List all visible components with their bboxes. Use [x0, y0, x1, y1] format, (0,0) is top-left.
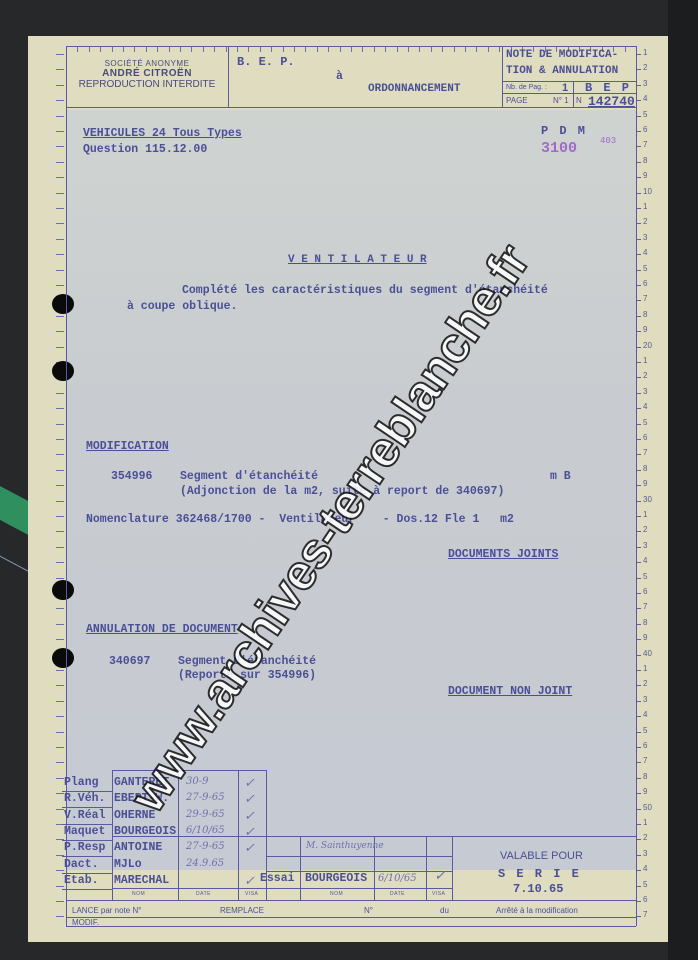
signature-role: V.Réal [64, 809, 105, 822]
signature-visa: ✓ [244, 776, 255, 791]
essai-col-label-date: DATE [390, 891, 405, 897]
doc-type-line1: NOTE DE MODIFICA- [506, 49, 618, 61]
col-label-visa: VISA [245, 891, 258, 897]
ruler-number: 3 [643, 233, 647, 242]
signature-date: 24.9.65 [186, 858, 224, 869]
modification-part-code: m B [550, 470, 571, 483]
signature-visa: ✓ [244, 809, 255, 824]
ruler-number: 8 [643, 310, 647, 319]
signature-visa: ✓ [244, 874, 255, 889]
essai-handwritten-note: M. Sainthuyenne [306, 841, 384, 851]
validity-label: VALABLE POUR [500, 850, 583, 862]
pdm-label: P D M [541, 124, 587, 138]
ruler-number: 2 [643, 679, 647, 688]
signature-name: MARECHAL [114, 874, 169, 887]
pdm-stamp: 3100 [541, 140, 577, 157]
page-label: PAGE [506, 96, 528, 105]
ruler-number: 6 [643, 895, 647, 904]
signature-date: 29-9-65 [186, 809, 225, 820]
ruler-number: 3 [643, 849, 647, 858]
validity-serie: S E R I E [498, 867, 581, 881]
ruler-number: 5 [643, 418, 647, 427]
doc-type-line2: TION & ANNULATION [506, 65, 618, 77]
essai-visa: ✓ [434, 868, 446, 884]
company-name: ANDRÉ CITROËN [66, 68, 228, 79]
punch-hole [52, 580, 74, 600]
ruler-number: 1 [643, 664, 647, 673]
ruler-number: 4 [643, 94, 647, 103]
annulation-part-no: 340697 [109, 655, 150, 668]
ruler-number: 1 [643, 202, 647, 211]
to-department: ORDONNANCEMENT [368, 83, 460, 95]
ruler-number: 2 [643, 371, 647, 380]
right-ruler: 1234567891012345678920123456789301234567… [636, 46, 656, 926]
documents-joints: DOCUMENTS JOINTS [448, 548, 558, 561]
ruler-number: 8 [643, 156, 647, 165]
ruler-number: 7 [643, 756, 647, 765]
ruler-number: 8 [643, 618, 647, 627]
description-line2: à coupe oblique. [127, 300, 237, 313]
ruler-number: 7 [643, 140, 647, 149]
ruler-number: 5 [643, 726, 647, 735]
nb-pages-label: Nb. de Pag. : [506, 84, 547, 91]
ruler-number: 3 [643, 387, 647, 396]
essai-col-label-nom: NOM [330, 891, 343, 897]
ruler-number: 4 [643, 556, 647, 565]
annulation-heading: ANNULATION DE DOCUMENT [86, 623, 238, 636]
ruler-number: 1 [643, 356, 647, 365]
signature-visa: ✓ [244, 792, 255, 807]
ruler-number: 4 [643, 864, 647, 873]
page-number: N° 1 [553, 96, 569, 105]
ruler-number: 30 [643, 495, 652, 504]
ruler-number: 3 [643, 695, 647, 704]
punch-hole [52, 294, 74, 314]
ruler-number: 9 [643, 787, 647, 796]
col-label-date: DATE [196, 891, 211, 897]
essai-col-label-visa: VISA [432, 891, 445, 897]
ruler-number: 7 [643, 602, 647, 611]
number-label: N [576, 96, 582, 105]
vehicles-title: VEHICULES 24 Tous Types [83, 127, 242, 140]
signature-role: Etab. [64, 874, 99, 887]
service-code: B E P [585, 81, 631, 95]
ruler-number: 5 [643, 880, 647, 889]
ruler-number: 6 [643, 125, 647, 134]
ruler-number: 6 [643, 279, 647, 288]
footer-du: du [440, 906, 449, 915]
document-non-joint: DOCUMENT NON JOINT [448, 685, 572, 698]
ruler-number: 7 [643, 910, 647, 919]
ruler-number: 4 [643, 710, 647, 719]
signature-date: 6/10/65 [186, 825, 225, 836]
ruler-number: 1 [643, 510, 647, 519]
col-label-nom: NOM [132, 891, 145, 897]
question-number: Question 115.12.00 [83, 143, 207, 156]
ruler-number: 5 [643, 572, 647, 581]
footer-remplace: REMPLACE [220, 906, 264, 915]
footer-no: N° [364, 906, 373, 915]
ruler-number: 4 [643, 402, 647, 411]
ruler-number: 50 [643, 803, 652, 812]
signature-date: 27-9-65 [186, 792, 225, 803]
ruler-number: 6 [643, 741, 647, 750]
ruler-number: 8 [643, 464, 647, 473]
nb-pages-value: 1 [562, 82, 568, 94]
pdm-code: 403 [600, 136, 616, 146]
ruler-number: 9 [643, 633, 647, 642]
footer-arrete: Arrêté à la modification [496, 906, 578, 915]
ruler-number: 2 [643, 833, 647, 842]
signature-name: ANTOINE [114, 841, 162, 854]
signature-role: Plang [64, 776, 99, 789]
signature-role: Maquet [64, 825, 105, 838]
signature-visa: ✓ [244, 825, 255, 840]
ruler-number: 5 [643, 264, 647, 273]
punch-hole [52, 648, 74, 668]
ruler-number: 7 [643, 448, 647, 457]
reproduction-notice: REPRODUCTION INTERDITE [66, 79, 228, 90]
signature-visa: ✓ [244, 841, 255, 856]
ruler-number: 1 [643, 48, 647, 57]
from-department: B. E. P. [237, 55, 295, 69]
ruler-number: 2 [643, 63, 647, 72]
modification-part-name: Segment d'étanchéité [180, 470, 318, 483]
ruler-number: 6 [643, 433, 647, 442]
modification-part-no: 354996 [111, 470, 152, 483]
ruler-number: 20 [643, 341, 652, 350]
ruler-number: 9 [643, 171, 647, 180]
signature-role: Dact. [64, 858, 99, 871]
ruler-number: 2 [643, 217, 647, 226]
ruler-number: 6 [643, 587, 647, 596]
punch-hole [52, 361, 74, 381]
ruler-number: 3 [643, 541, 647, 550]
modification-heading: MODIFICATION [86, 440, 169, 453]
ruler-number: 9 [643, 325, 647, 334]
essai-label: Essai [260, 872, 295, 885]
signature-name: MJLo [114, 858, 142, 871]
signature-date: 27-9-65 [186, 841, 225, 852]
ruler-number: 10 [643, 187, 652, 196]
signature-role: R.Véh. [64, 792, 105, 805]
ruler-number: 9 [643, 479, 647, 488]
document-number: 142740 [588, 94, 635, 109]
essai-name: BOURGEOIS [305, 872, 367, 885]
ruler-number: 2 [643, 525, 647, 534]
footer-lance: LANCE par note N° [72, 906, 141, 915]
ruler-number: 4 [643, 248, 647, 257]
company-block: SOCIÉTÉ ANONYME ANDRÉ CITROËN REPRODUCTI… [66, 54, 228, 98]
validity-date: 7.10.65 [513, 882, 563, 896]
footer-modif: MODIF. [72, 918, 99, 927]
essai-date: 6/10/65 [378, 873, 417, 884]
background-binder [668, 0, 698, 960]
signature-role: P.Resp [64, 841, 105, 854]
ruler-number: 5 [643, 110, 647, 119]
company-type: SOCIÉTÉ ANONYME [66, 59, 228, 68]
ruler-number: 8 [643, 772, 647, 781]
document-title: V E N T I L A T E U R [288, 254, 427, 266]
ruler-number: 1 [643, 818, 647, 827]
ruler-number: 7 [643, 294, 647, 303]
ruler-number: 40 [643, 649, 652, 658]
ruler-number: 3 [643, 79, 647, 88]
to-prefix: à [336, 70, 343, 83]
